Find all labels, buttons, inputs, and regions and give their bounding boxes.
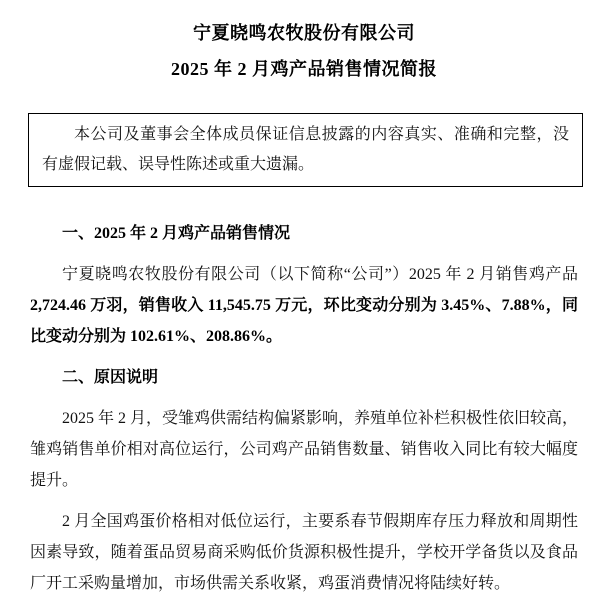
report-title: 2025 年 2 月鸡产品销售情况简报 (30, 51, 578, 87)
disclaimer-box: 本公司及董事会全体成员保证信息披露的内容真实、准确和完整，没有虚假记载、误导性陈… (28, 113, 583, 187)
section1-heading: 一、2025 年 2 月鸡产品销售情况 (30, 218, 578, 249)
sales-summary-paragraph: 宁夏晓鸣农牧股份有限公司（以下简称“公司”）2025 年 2 月销售鸡产品 2,… (30, 259, 578, 352)
disclaimer-text: 本公司及董事会全体成员保证信息披露的内容真实、准确和完整，没有虚假记载、误导性陈… (42, 120, 569, 180)
sales-summary-intro: 宁夏晓鸣农牧股份有限公司（以下简称“公司”）2025 年 2 月销售鸡产品 (62, 266, 578, 283)
sales-figures: 2,724.46 万羽，销售收入 11,545.75 万元，环比变动分别为 3.… (30, 297, 578, 345)
reason-paragraph-chick-supply: 2025 年 2 月，受雏鸡供需结构偏紧影响，养殖单位补栏积极性依旧较高，雏鸡销… (30, 403, 578, 496)
company-name-title: 宁夏晓鸣农牧股份有限公司 (30, 15, 578, 51)
section2-heading: 二、原因说明 (30, 362, 578, 393)
reason-paragraph-egg-price: 2 月全国鸡蛋价格相对低位运行，主要系春节假期库存压力释放和周期性因素导致，随着… (30, 506, 578, 599)
announcement-page: 宁夏晓鸣农牧股份有限公司 2025 年 2 月鸡产品销售情况简报 本公司及董事会… (0, 0, 606, 612)
